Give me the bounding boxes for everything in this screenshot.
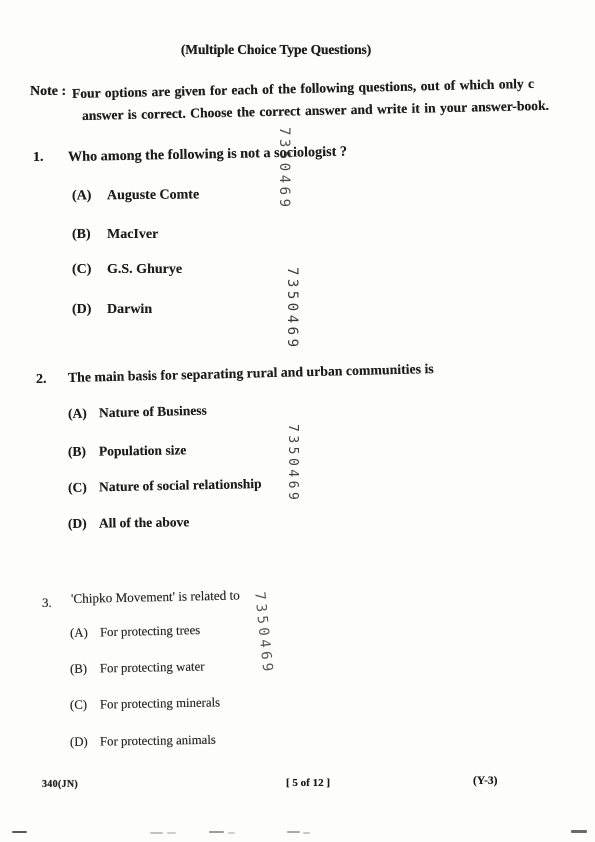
option-label: (C) [70, 697, 100, 713]
option-text: For protecting animals [100, 733, 216, 750]
option-label: (A) [72, 188, 107, 204]
page-title: (Multiple Choice Type Questions) [176, 42, 376, 58]
option-label: (B) [70, 661, 100, 677]
scan-artifact-dash [228, 832, 235, 834]
option-text: For protecting minerals [100, 695, 220, 712]
option-label: (C) [72, 262, 107, 278]
question-2-number: 2. [36, 372, 47, 388]
question-option-row: (A) Auguste Comte [72, 187, 199, 204]
question-3-text: 'Chipko Movement' is related to [71, 587, 240, 607]
option-label: (B) [68, 444, 99, 460]
question-option-row: (B) For protecting water [70, 659, 205, 677]
watermark-stamp: 7350469 [283, 267, 300, 351]
option-label: (D) [70, 735, 100, 750]
option-text: Population size [99, 442, 187, 459]
scan-artifact-dash [167, 832, 176, 834]
question-2-text: The main basis for separating rural and … [68, 361, 434, 386]
scan-artifact-dash [287, 831, 300, 833]
option-label: (A) [70, 625, 100, 641]
option-text: For protecting trees [100, 623, 201, 640]
option-text: Darwin [107, 302, 152, 318]
scan-artifact-dash [209, 831, 224, 833]
question-option-row: (C) For protecting minerals [70, 695, 220, 713]
scan-artifact-dash [571, 830, 587, 833]
scanned-exam-page: (Multiple Choice Type Questions) Note : … [0, 0, 595, 842]
question-1-text: Who among the following is not a sociolo… [68, 144, 347, 166]
question-option-row: (C) Nature of social relationship [68, 476, 262, 496]
note-line-1: Four options are given for each of the f… [72, 76, 534, 102]
question-option-row: (A) Nature of Business [68, 403, 207, 422]
note-label: Note : [30, 84, 66, 100]
option-label: (A) [68, 405, 99, 422]
watermark-stamp: 7350469 [250, 591, 276, 676]
watermark-stamp: 7350469 [284, 424, 301, 503]
option-label: (B) [72, 227, 107, 243]
option-text: For protecting water [100, 659, 205, 676]
option-label: (D) [72, 302, 107, 318]
option-label: (C) [68, 479, 99, 496]
question-option-row: (A) For protecting trees [70, 623, 201, 641]
question-option-row: (B) MacIver [72, 227, 158, 243]
question-option-row: (C) G.S. Ghurye [72, 262, 182, 278]
footer-paper-code: 340(JN) [42, 779, 78, 790]
footer-page-number: [ 5 of 12 ] [286, 777, 330, 789]
scan-artifact-dash [150, 832, 163, 834]
footer-set-code: (Y-3) [473, 775, 498, 787]
option-label: (D) [68, 516, 99, 532]
scan-artifact-dash [303, 832, 310, 834]
note-line-2: answer is correct. Choose the correct an… [82, 98, 549, 124]
option-text: All of the above [99, 514, 190, 531]
question-1-number: 1. [33, 150, 44, 166]
option-text: MacIver [107, 227, 158, 243]
option-text: Nature of Business [99, 403, 207, 422]
option-text: Auguste Comte [107, 187, 199, 204]
option-text: Nature of social relationship [99, 476, 262, 495]
option-text: G.S. Ghurye [107, 262, 182, 278]
question-option-row: (D) Darwin [72, 302, 152, 318]
question-3-number: 3. [42, 595, 52, 611]
question-option-row: (D) For protecting animals [70, 733, 216, 750]
question-option-row: (B) Population size [68, 442, 187, 460]
question-option-row: (D) All of the above [68, 514, 190, 532]
watermark-stamp: 7350469 [275, 127, 292, 211]
scan-artifact-dash [12, 831, 27, 833]
